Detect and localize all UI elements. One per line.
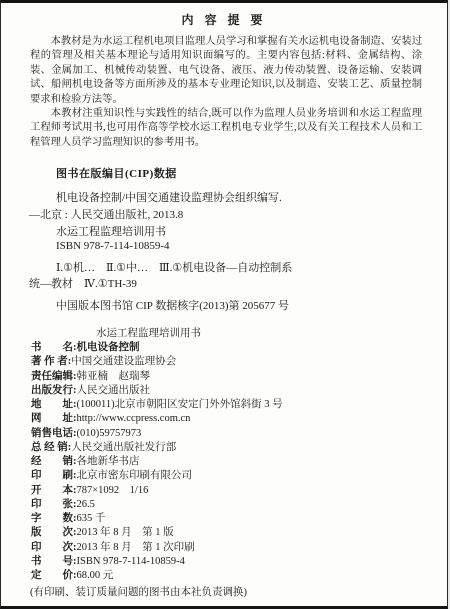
row-value: 中国交通建设监理协会 — [71, 355, 176, 369]
colophon-row-format: 开 本: 787×1092 1/16 — [31, 484, 431, 498]
row-value: 机电设备控制 — [77, 341, 140, 355]
row-label: 著 作 者: — [31, 355, 71, 369]
book-copyright-page: 内 容 提 要 本教材是为水运工程机电项目监理人员学习和掌握有关水运机电设备制造… — [0, 0, 448, 609]
row-value: (100011)北京市朝阳区安定门外外馆斜街 3 号 — [77, 398, 283, 412]
row-label: 书 名: — [31, 341, 77, 355]
cip-record-number: 中国版本图书馆 CIP 数据核字(2013)第 205677 号 — [56, 297, 289, 313]
cip-series: 水运工程监理培训用书 — [56, 223, 166, 239]
summary-paragraph-1: 本教材是为水运工程机电项目监理人员学习和掌握有关水运机电设备制造、安装过程的管理… — [30, 35, 422, 107]
colophon-row-sales-phone: 销售电话: (010)59757973 — [31, 427, 431, 441]
cip-imprint: —北京 : 人民交通出版社, 2013.8 — [29, 206, 183, 222]
colophon-row-printer: 印 刷: 北京市密东印刷有限公司 — [31, 469, 431, 483]
summary-paragraph-2: 本教材注重知识性与实践性的结合,既可以作为监理人员业务培训和水运工程监理工程师考… — [30, 107, 422, 150]
colophon-row-word-count: 字 数: 635 千 — [31, 512, 431, 526]
row-label: 总 经 销: — [31, 441, 71, 455]
row-label: 定 价: — [31, 569, 77, 583]
colophon-row-price: 定 价: 68.00 元 — [31, 569, 431, 583]
row-label: 销售电话: — [31, 427, 77, 441]
cip-classification-1: Ⅰ.①机… Ⅱ.①中… Ⅲ.①机电设备—自动控制系 — [56, 259, 292, 275]
row-label: 印 张: — [31, 498, 77, 512]
row-value: 2013 年 8 月 第 1 版 — [77, 526, 174, 540]
row-value: 人民交通出版社 — [77, 384, 151, 398]
colophon-row-address: 地 址: (100011)北京市朝阳区安定门外外馆斜街 3 号 — [31, 398, 431, 412]
row-label: 版 次: — [31, 526, 77, 540]
row-value: 68.00 元 — [77, 569, 114, 583]
colophon-row-general-distributor: 总 经 销: 人民交通出版社发行部 — [31, 441, 431, 455]
cip-heading: 图书在版编目(CIP)数据 — [56, 165, 177, 181]
row-label: 地 址: — [31, 398, 77, 412]
row-label: 网 址: — [31, 412, 77, 426]
colophon: 书 名: 机电设备控制 著 作 者: 中国交通建设监理协会 责任编辑: 韩亚楠 … — [31, 341, 431, 583]
colophon-row-book-title: 书 名: 机电设备控制 — [31, 341, 431, 355]
row-value: (010)59757973 — [77, 427, 142, 441]
colophon-row-distributor: 经 销: 各地新华书店 — [31, 455, 431, 469]
colophon-row-publisher: 出版发行: 人民交通出版社 — [31, 384, 431, 398]
cip-isbn: ISBN 978-7-114-10859-4 — [56, 240, 170, 252]
colophon-row-website: 网 址: http://www.ccpress.com.cn — [31, 412, 431, 426]
row-label: 出版发行: — [31, 384, 77, 398]
row-value: 北京市密东印刷有限公司 — [77, 469, 193, 483]
row-label: 字 数: — [31, 512, 77, 526]
row-label: 责任编辑: — [31, 370, 77, 384]
row-label: 书 号: — [31, 555, 77, 569]
cip-title-statement: 机电设备控制/中国交通建设监理协会组织编写. — [56, 189, 282, 205]
content-summary: 本教材是为水运工程机电项目监理人员学习和掌握有关水运机电设备制造、安装过程的管理… — [30, 35, 422, 150]
colophon-row-isbn: 书 号: ISBN 978-7-114-10859-4 — [31, 555, 431, 569]
quality-note: (有印刷、装订质量问题的图书由本社负责调换) — [30, 584, 247, 599]
colophon-row-editor: 责任编辑: 韩亚楠 赵瑞琴 — [31, 370, 431, 384]
cip-classification-2: 统—教材 Ⅳ.①TH-39 — [29, 275, 137, 291]
row-value: 787×1092 1/16 — [77, 484, 149, 498]
row-label: 开 本: — [31, 484, 77, 498]
colophon-row-printing: 印 次: 2013 年 8 月 第 1 次印刷 — [31, 541, 431, 555]
row-value: 各地新华书店 — [77, 455, 140, 469]
colophon-row-sheets: 印 张: 26.5 — [31, 498, 431, 512]
row-value: 人民交通出版社发行部 — [71, 441, 176, 455]
row-label: 经 销: — [31, 455, 77, 469]
colophon-row-author: 著 作 者: 中国交通建设监理协会 — [31, 355, 431, 369]
row-value: ISBN 978-7-114-10859-4 — [77, 555, 185, 569]
row-label: 印 刷: — [31, 469, 77, 483]
row-value: 635 千 — [77, 512, 106, 526]
row-value: 26.5 — [77, 498, 95, 512]
row-value: 2013 年 8 月 第 1 次印刷 — [77, 541, 195, 555]
summary-title: 内 容 提 要 — [1, 11, 447, 28]
colophon-row-edition: 版 次: 2013 年 8 月 第 1 版 — [31, 526, 431, 540]
row-label: 印 次: — [31, 541, 77, 555]
row-value: 韩亚楠 赵瑞琴 — [77, 370, 151, 384]
row-value: http://www.ccpress.com.cn — [77, 412, 191, 426]
colophon-series: 水运工程监理培训用书 — [96, 325, 201, 340]
